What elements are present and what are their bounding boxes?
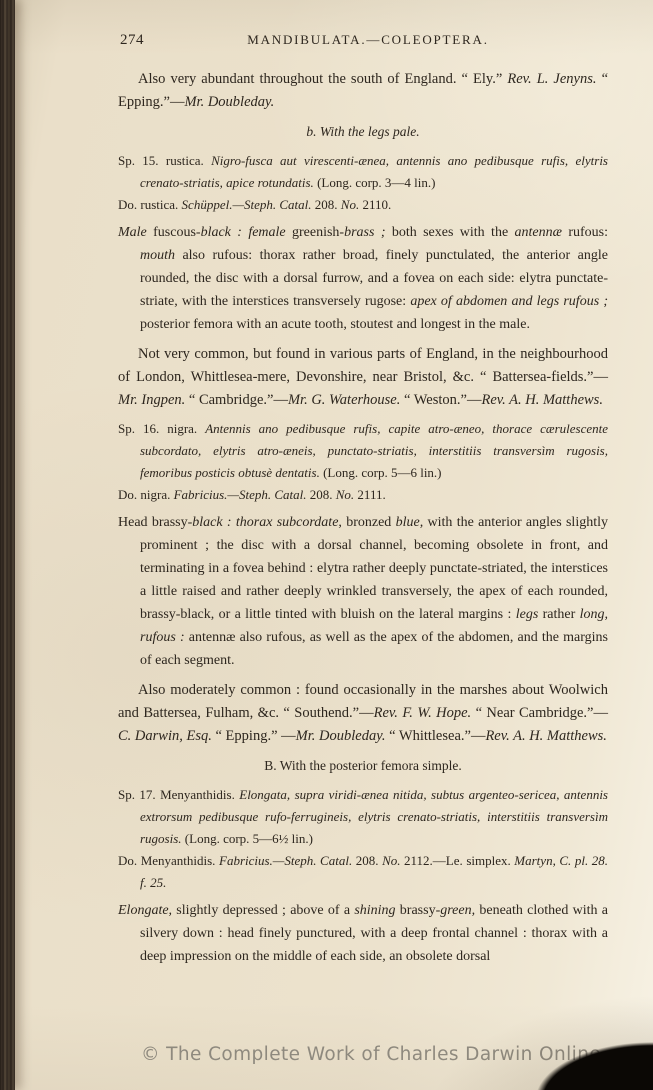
page-content: 274 MANDIBULATA.—COLEOPTERA. Also very a…: [118, 32, 608, 975]
paragraph-also-moderately-common: Also moderately common : found occasiona…: [118, 679, 608, 748]
text-body: Also very abundant throughout the south …: [118, 68, 608, 968]
species-17-menyanthidis-diagnosis: Sp. 17. Menyanthidis. Elongata, supra vi…: [118, 784, 608, 850]
page-header: 274 MANDIBULATA.—COLEOPTERA.: [118, 32, 608, 52]
copyright-watermark: © The Complete Work of Charles Darwin On…: [141, 1044, 601, 1065]
book-binding: [0, 0, 15, 1090]
page-number: 274: [120, 32, 144, 49]
species-15-synonymy: Do. rustica. Schüppel.—Steph. Catal. 208…: [118, 194, 608, 216]
section-heading-B-posterior-femora: B. With the posterior femora simple.: [118, 756, 608, 776]
species-16-description: Head brassy-black : thorax subcordate, b…: [118, 511, 608, 672]
species-17-description: Elongate, slightly depressed ; above of …: [118, 899, 608, 968]
paragraph-not-very-common: Not very common, but found in various pa…: [118, 343, 608, 412]
section-heading-b-legs-pale: b. With the legs pale.: [118, 122, 608, 142]
species-15-description: Male fuscous-black : female greenish-bra…: [118, 221, 608, 336]
species-16-nigra-diagnosis: Sp. 16. nigra. Antennis ano pedibusque r…: [118, 418, 608, 484]
species-16-synonymy: Do. nigra. Fabricius.—Steph. Catal. 208.…: [118, 484, 608, 506]
running-header: MANDIBULATA.—COLEOPTERA.: [118, 32, 608, 48]
species-15-rustica-diagnosis: Sp. 15. rustica. Nigro-fusca aut viresce…: [118, 150, 608, 194]
scanned-book-page: 274 MANDIBULATA.—COLEOPTERA. Also very a…: [0, 0, 653, 1090]
paragraph-abundant-south-england: Also very abundant throughout the south …: [118, 68, 608, 114]
species-17-synonymy: Do. Menyanthidis. Fabricius.—Steph. Cata…: [118, 850, 608, 894]
